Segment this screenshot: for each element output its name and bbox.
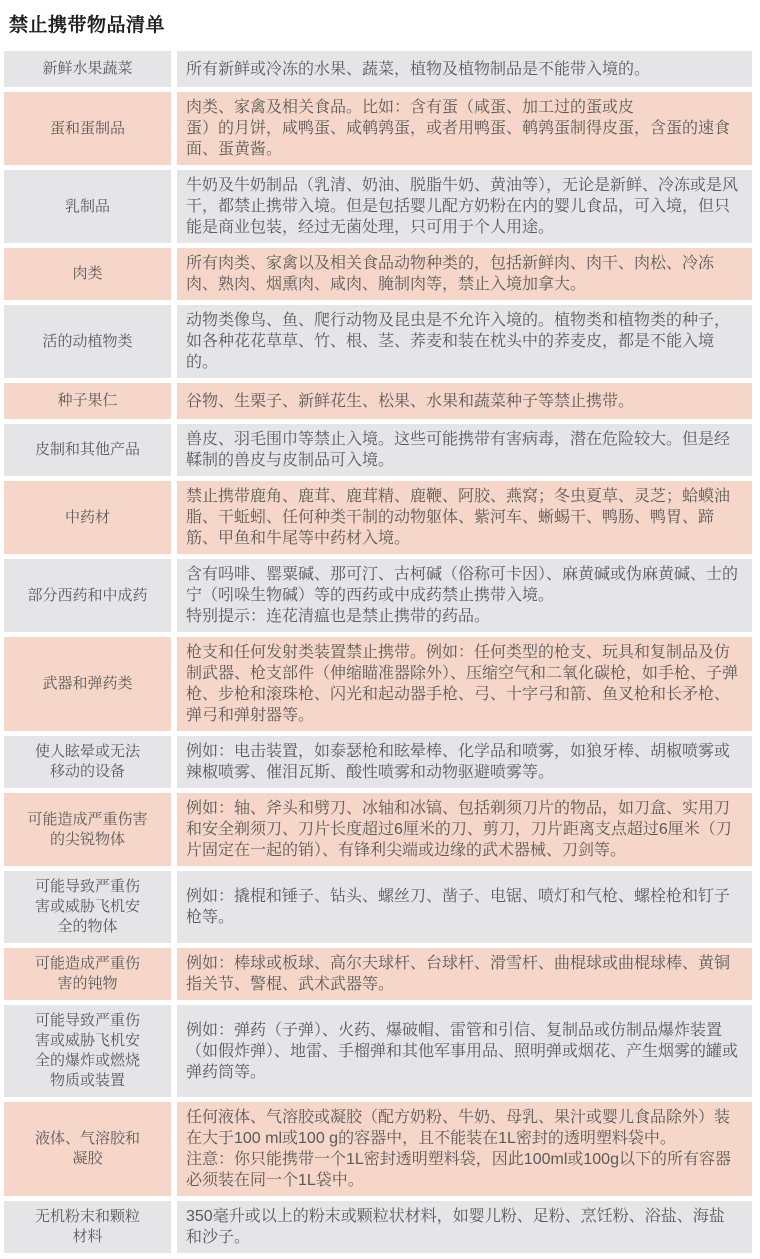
category-cell: 活的动植物类 — [4, 305, 171, 378]
description-cell: 枪支和任何发射类装置禁止携带。例如：任何类型的枪支、玩具和复制品及仿制武器、枪支… — [177, 637, 752, 731]
description-cell: 禁止携带鹿角、鹿茸、鹿茸精、鹿鞭、阿胶、燕窝；冬虫夏草、灵芝；蛤蟆油脂、干蚯蚓、… — [177, 481, 752, 554]
table-row: 可能导致严重伤 害或威胁飞机安 全的爆炸或燃烧 物质或装置 例如：弹药（子弹）、… — [4, 1005, 752, 1097]
table-row: 液体、气溶胶和 凝胶 任何液体、气溶胶或凝胶（配方奶粉、牛奶、母乳、果汁或婴儿食… — [4, 1102, 752, 1196]
description-cell: 任何液体、气溶胶或凝胶（配方奶粉、牛奶、母乳、果汁或婴儿食品除外）装在大于100… — [177, 1102, 752, 1196]
description-cell: 350毫升或以上的粉末或颗粒状材料，如婴儿粉、足粉、烹饪粉、浴盐、海盐和沙子。 — [177, 1201, 752, 1253]
table-row: 武器和弹药类 枪支和任何发射类装置禁止携带。例如：任何类型的枪支、玩具和复制品及… — [4, 637, 752, 731]
category-cell: 无机粉末和颗粒 材料 — [4, 1201, 171, 1253]
table-row: 肉类 所有肉类、家禽以及相关食品动物种类的，包括新鲜肉、肉干、肉松、冷冻肉、熟肉… — [4, 248, 752, 300]
table-row: 可能导致严重伤 害或威胁飞机安 全的物体 例如：撬棍和锤子、钻头、螺丝刀、凿子、… — [4, 871, 752, 943]
description-cell: 所有新鲜或冷冻的水果、蔬菜，植物及植物制品是不能带入境的。 — [177, 51, 752, 87]
description-cell: 例如：撬棍和锤子、钻头、螺丝刀、凿子、电锯、喷灯和气枪、螺栓枪和钉子枪等。 — [177, 871, 752, 943]
description-cell: 含有吗啡、罂粟碱、那可汀、古柯碱（俗称可卡因）、麻黄碱或伪麻黄碱、士的宁（吲哚生… — [177, 559, 752, 632]
table-row: 皮制和其他产品 兽皮、羽毛围巾等禁止入境。这些可能携带有害病毒，潜在危险较大。但… — [4, 424, 752, 476]
category-cell: 乳制品 — [4, 170, 171, 243]
page-title: 禁止携带物品清单 — [9, 10, 752, 37]
category-cell: 蛋和蛋制品 — [4, 92, 171, 165]
description-cell: 谷物、生栗子、新鲜花生、松果、水果和蔬菜种子等禁止携带。 — [177, 383, 752, 419]
table-row: 可能造成严重伤 害的钝物 例如：棒球或板球、高尔夫球杆、台球杆、滑雪杆、曲棍球或… — [4, 948, 752, 1000]
category-cell: 部分西药和中成药 — [4, 559, 171, 632]
category-cell: 种子果仁 — [4, 383, 171, 419]
table-row: 中药材 禁止携带鹿角、鹿茸、鹿茸精、鹿鞭、阿胶、燕窝；冬虫夏草、灵芝；蛤蟆油脂、… — [4, 481, 752, 554]
category-cell: 可能造成严重伤害 的尖锐物体 — [4, 793, 171, 866]
table-row: 部分西药和中成药 含有吗啡、罂粟碱、那可汀、古柯碱（俗称可卡因）、麻黄碱或伪麻黄… — [4, 559, 752, 632]
table-row: 使人眩晕或无法 移动的设备 例如：电击装置，如泰瑟枪和眩晕棒、化学品和喷雾，如狼… — [4, 736, 752, 788]
prohibited-items-page: 禁止携带物品清单 新鲜水果蔬菜 所有新鲜或冷冻的水果、蔬菜，植物及植物制品是不能… — [0, 0, 760, 1259]
category-cell: 肉类 — [4, 248, 171, 300]
table-row: 无机粉末和颗粒 材料 350毫升或以上的粉末或颗粒状材料，如婴儿粉、足粉、烹饪粉… — [4, 1201, 752, 1253]
prohibited-items-table: 新鲜水果蔬菜 所有新鲜或冷冻的水果、蔬菜，植物及植物制品是不能带入境的。 蛋和蛋… — [4, 51, 752, 1253]
category-cell: 可能导致严重伤 害或威胁飞机安 全的爆炸或燃烧 物质或装置 — [4, 1005, 171, 1097]
category-cell: 使人眩晕或无法 移动的设备 — [4, 736, 171, 788]
table-row: 可能造成严重伤害 的尖锐物体 例如：轴、斧头和劈刀、冰轴和冰镐、包括剃须刀片的物… — [4, 793, 752, 866]
category-cell: 可能导致严重伤 害或威胁飞机安 全的物体 — [4, 871, 171, 943]
description-cell: 例如：电击装置，如泰瑟枪和眩晕棒、化学品和喷雾，如狼牙棒、胡椒喷雾或辣椒喷雾、催… — [177, 736, 752, 788]
table-row: 活的动植物类 动物类像鸟、鱼、爬行动物及昆虫是不允许入境的。植物类和植物类的种子… — [4, 305, 752, 378]
table-row: 乳制品 牛奶及牛奶制品（乳清、奶油、脱脂牛奶、黄油等），无论是新鲜、冷冻或是风干… — [4, 170, 752, 243]
table-row: 种子果仁 谷物、生栗子、新鲜花生、松果、水果和蔬菜种子等禁止携带。 — [4, 383, 752, 419]
category-cell: 中药材 — [4, 481, 171, 554]
category-cell: 武器和弹药类 — [4, 637, 171, 731]
category-cell: 可能造成严重伤 害的钝物 — [4, 948, 171, 1000]
table-row: 新鲜水果蔬菜 所有新鲜或冷冻的水果、蔬菜，植物及植物制品是不能带入境的。 — [4, 51, 752, 87]
table-row: 蛋和蛋制品 肉类、家禽及相关食品。比如：含有蛋（咸蛋、加工过的蛋或皮 蛋）的月饼… — [4, 92, 752, 165]
description-cell: 例如：棒球或板球、高尔夫球杆、台球杆、滑雪杆、曲棍球或曲棍球棒、黄铜指关节、警棍… — [177, 948, 752, 1000]
description-cell: 肉类、家禽及相关食品。比如：含有蛋（咸蛋、加工过的蛋或皮 蛋）的月饼，咸鸭蛋、咸… — [177, 92, 752, 165]
description-cell: 例如：弹药（子弹）、火药、爆破帽、雷管和引信、复制品或仿制品爆炸装置（如假炸弹）… — [177, 1005, 752, 1097]
description-cell: 例如：轴、斧头和劈刀、冰轴和冰镐、包括剃须刀片的物品，如刀盒、实用刀和安全剃须刀… — [177, 793, 752, 866]
category-cell: 皮制和其他产品 — [4, 424, 171, 476]
category-cell: 液体、气溶胶和 凝胶 — [4, 1102, 171, 1196]
category-cell: 新鲜水果蔬菜 — [4, 51, 171, 87]
description-cell: 牛奶及牛奶制品（乳清、奶油、脱脂牛奶、黄油等），无论是新鲜、冷冻或是风干，都禁止… — [177, 170, 752, 243]
description-cell: 所有肉类、家禽以及相关食品动物种类的，包括新鲜肉、肉干、肉松、冷冻肉、熟肉、烟熏… — [177, 248, 752, 300]
description-cell: 兽皮、羽毛围巾等禁止入境。这些可能携带有害病毒，潜在危险较大。但是经鞣制的兽皮与… — [177, 424, 752, 476]
description-cell: 动物类像鸟、鱼、爬行动物及昆虫是不允许入境的。植物类和植物类的种子，如各种花花草… — [177, 305, 752, 378]
